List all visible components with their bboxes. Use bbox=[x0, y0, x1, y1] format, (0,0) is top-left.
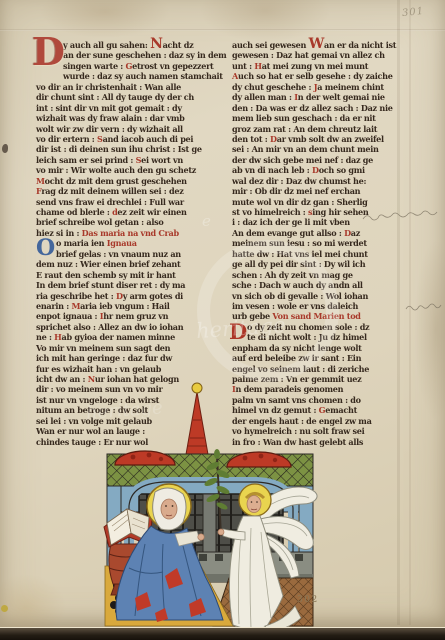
annunciation-miniature bbox=[105, 448, 320, 638]
text-line: Vo mir vn meinem sun sagt den bbox=[36, 343, 226, 353]
text-line: der dw sich gebe mei nef : daz ge bbox=[232, 155, 408, 165]
text-line: wal dez dir : Daz dw chumst he: bbox=[232, 176, 408, 186]
text-line: An dem evange gut allso : Daz bbox=[232, 228, 408, 238]
text-line: dir chunt sint : All dy tauge dy der ch bbox=[36, 92, 226, 102]
watermark-letter: e bbox=[202, 212, 211, 230]
left-dome bbox=[115, 451, 175, 465]
text-line: dem nuz : Wier einen brief zehant bbox=[36, 259, 226, 269]
text-line: dy chut geschehe : Ja meinem chint bbox=[232, 82, 408, 92]
text-line: fur es wizhait han : vn gelaub bbox=[36, 364, 226, 374]
text-line: brief schreibe wol getan : also bbox=[36, 217, 226, 227]
text-line: den tot : Dar vmb solt dw an zweifel bbox=[232, 134, 408, 144]
paint-speck bbox=[1, 605, 8, 612]
marginal-note bbox=[360, 210, 438, 226]
text-line: groz zam rat : An dem chreutz lait bbox=[232, 124, 408, 134]
text-line: in fro : Wan dw hast gelebt alls bbox=[232, 437, 408, 447]
blue-initial-o: O bbox=[36, 237, 55, 259]
text-line: vo hymelreich : nu solt fraw sei bbox=[232, 426, 408, 436]
text-line: chame od blerle : dez zeit wir einen bbox=[36, 207, 226, 217]
angel-hand bbox=[218, 529, 224, 535]
ink-speck bbox=[2, 144, 8, 153]
text-line: dir ist : di deinen sun ihu christ : Ist… bbox=[36, 144, 226, 154]
manuscript-photo: 301 y auch all gu sahen: Nacht dzan der … bbox=[0, 0, 445, 640]
text-line: In dem paradeis genomen bbox=[232, 384, 408, 394]
text-line: dy allen man : In der welt gemai nie bbox=[232, 92, 408, 102]
text-line: vo dir an ir christenhait : Wan alle bbox=[36, 82, 226, 92]
marginal-note bbox=[404, 302, 444, 314]
folio-number-bottom: 302 bbox=[297, 595, 319, 605]
penwork-initial-d: D bbox=[32, 33, 65, 71]
text-line: leich sam er sei prind : Sei wort vn bbox=[36, 155, 226, 165]
text-line: mute wol vn dir dz gan : Sherlig bbox=[232, 197, 408, 207]
text-line: vo dir ertern : Sand iacob auch di pei bbox=[36, 134, 226, 144]
text-line: wizhait was dy fraw alain : dar vmb bbox=[36, 113, 226, 123]
text-line: send vns fraw ei drechlei : Full war bbox=[36, 197, 226, 207]
text-line: Frag dz mit deinem willen sei : dez bbox=[36, 186, 226, 196]
text-line: gewesen : Daz hat gemai vn allez ch bbox=[232, 50, 408, 60]
text-line: Auch so hat er selb gesehe : dy zaiche bbox=[232, 71, 408, 81]
text-line: E raut den schemb sy mit ir hant bbox=[36, 270, 226, 280]
text-line: o maria ien Ignaua bbox=[36, 238, 226, 248]
text-line: In dem brief stunt diser ret : dy ma bbox=[36, 280, 226, 290]
text-line: mem lieb sun geschach : da er nit bbox=[232, 113, 408, 123]
gold-finial bbox=[192, 383, 202, 393]
text-line: den : Da was er dz allez sach : Daz nie bbox=[232, 103, 408, 113]
text-line: int : sint dir vn mit got gemait : dy bbox=[36, 103, 226, 113]
text-line: auch sei gewesen Wan er da nicht ist bbox=[232, 40, 408, 50]
text-line: vo mir : Wir wolte auch den gu schetz bbox=[36, 165, 226, 175]
text-line: himel vn dz gemut : Gemacht bbox=[232, 405, 408, 415]
watermark-ring bbox=[197, 240, 339, 382]
mary-hand bbox=[198, 534, 204, 540]
text-line: Mocht dz mit dem grust geschehen bbox=[36, 176, 226, 186]
text-line: sei : An mir vn an dem chunt mein bbox=[232, 144, 408, 154]
text-line: ich mit han geringe : daz fur dw bbox=[36, 353, 226, 363]
scan-edge bbox=[0, 627, 445, 640]
folio-number-top: 301 bbox=[401, 6, 424, 19]
text-line: brief gelas : vn vnaum nuz an bbox=[36, 249, 226, 259]
text-line: palm vn samt vns chomen : do bbox=[232, 395, 408, 405]
text-line: ab vn di nach leb : Doch so gmi bbox=[232, 165, 408, 175]
text-line: mir : Ob dir dz mei nef erchan bbox=[232, 186, 408, 196]
text-line: der engels haut : de engel zw ma bbox=[232, 416, 408, 426]
text-line: hiez si in : Das maria na vnd Crab bbox=[36, 228, 226, 238]
text-line: unt : Hat mei zung vn mei munt bbox=[232, 61, 408, 71]
text-line: wolt wir zw dir vern : dy wizhait all bbox=[36, 124, 226, 134]
